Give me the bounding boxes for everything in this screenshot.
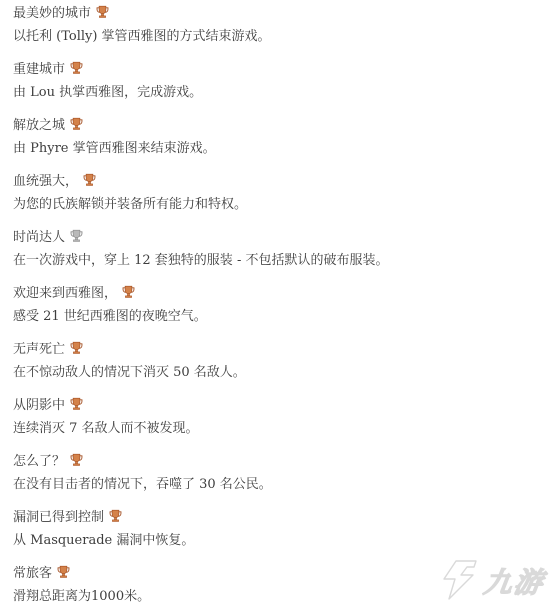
achievement-item: 血统强大， 为您的氏族解锁并装备所有能力和特权。 (13, 172, 550, 214)
achievement-title: 怎么了？ (13, 454, 65, 469)
achievement-desc: 在没有目击者的情况下，吞噬了 30 名公民。 (13, 475, 550, 494)
achievement-item: 从阴影中 连续消灭 7 名敌人而不被发现。 (13, 396, 550, 438)
achievement-title: 最美妙的城市 (13, 6, 91, 21)
achievement-title: 解放之城 (13, 118, 65, 133)
trophy-icon (70, 61, 83, 75)
achievement-item: 最美妙的城市 以托利 (Tolly) 掌管西雅图的方式结束游戏。 (13, 4, 550, 46)
achievement-desc: 由 Phyre 掌管西雅图来结束游戏。 (13, 139, 550, 158)
achievement-desc: 连续消灭 7 名敌人而不被发现。 (13, 419, 550, 438)
achievement-title-line: 无声死亡 (13, 340, 550, 359)
achievement-title: 血统强大， (13, 174, 78, 189)
achievement-desc: 从 Masquerade 漏洞中恢复。 (13, 531, 550, 550)
achievement-list: 最美妙的城市 以托利 (Tolly) 掌管西雅图的方式结束游戏。 重建城市 由 … (0, 0, 550, 606)
trophy-icon (70, 453, 83, 467)
achievement-title: 无声死亡 (13, 342, 65, 357)
achievement-title: 重建城市 (13, 62, 65, 77)
achievement-title-line: 血统强大， (13, 172, 550, 191)
achievement-title-line: 常旅客 (13, 564, 550, 583)
achievement-title: 常旅客 (13, 566, 52, 581)
trophy-icon (57, 565, 70, 579)
trophy-icon (83, 173, 96, 187)
trophy-icon (109, 509, 122, 523)
trophy-icon (96, 5, 109, 19)
achievement-item: 怎么了？ 在没有目击者的情况下，吞噬了 30 名公民。 (13, 452, 550, 494)
achievement-title: 漏洞已得到控制 (13, 510, 104, 525)
achievement-title-line: 时尚达人 (13, 228, 550, 247)
achievement-item: 时尚达人 在一次游戏中，穿上 12 套独特的服装 - 不包括默认的破布服装。 (13, 228, 550, 270)
trophy-icon (122, 285, 135, 299)
achievement-item: 欢迎来到西雅图， 感受 21 世纪西雅图的夜晚空气。 (13, 284, 550, 326)
achievement-item: 常旅客 滑翔总距离为1000米。 (13, 564, 550, 606)
achievement-title-line: 欢迎来到西雅图， (13, 284, 550, 303)
achievement-desc: 感受 21 世纪西雅图的夜晚空气。 (13, 307, 550, 326)
achievement-title-line: 漏洞已得到控制 (13, 508, 550, 527)
achievement-item: 解放之城 由 Phyre 掌管西雅图来结束游戏。 (13, 116, 550, 158)
achievement-title-line: 重建城市 (13, 60, 550, 79)
achievement-desc: 滑翔总距离为1000米。 (13, 587, 550, 606)
achievement-desc: 在一次游戏中，穿上 12 套独特的服装 - 不包括默认的破布服装。 (13, 251, 550, 270)
achievement-title: 时尚达人 (13, 230, 65, 245)
achievement-title: 从阴影中 (13, 398, 65, 413)
achievement-desc: 以托利 (Tolly) 掌管西雅图的方式结束游戏。 (13, 27, 550, 46)
trophy-icon (70, 117, 83, 131)
trophy-icon (70, 229, 83, 243)
achievement-item: 漏洞已得到控制 从 Masquerade 漏洞中恢复。 (13, 508, 550, 550)
achievement-title-line: 最美妙的城市 (13, 4, 550, 23)
achievement-item: 重建城市 由 Lou 执掌西雅图，完成游戏。 (13, 60, 550, 102)
achievement-title-line: 解放之城 (13, 116, 550, 135)
achievement-desc: 为您的氏族解锁并装备所有能力和特权。 (13, 195, 550, 214)
achievement-desc: 在不惊动敌人的情况下消灭 50 名敌人。 (13, 363, 550, 382)
achievement-title-line: 从阴影中 (13, 396, 550, 415)
achievement-title-line: 怎么了？ (13, 452, 550, 471)
achievement-title: 欢迎来到西雅图， (13, 286, 117, 301)
trophy-icon (70, 397, 83, 411)
achievement-item: 无声死亡 在不惊动敌人的情况下消灭 50 名敌人。 (13, 340, 550, 382)
achievement-desc: 由 Lou 执掌西雅图，完成游戏。 (13, 83, 550, 102)
trophy-icon (70, 341, 83, 355)
